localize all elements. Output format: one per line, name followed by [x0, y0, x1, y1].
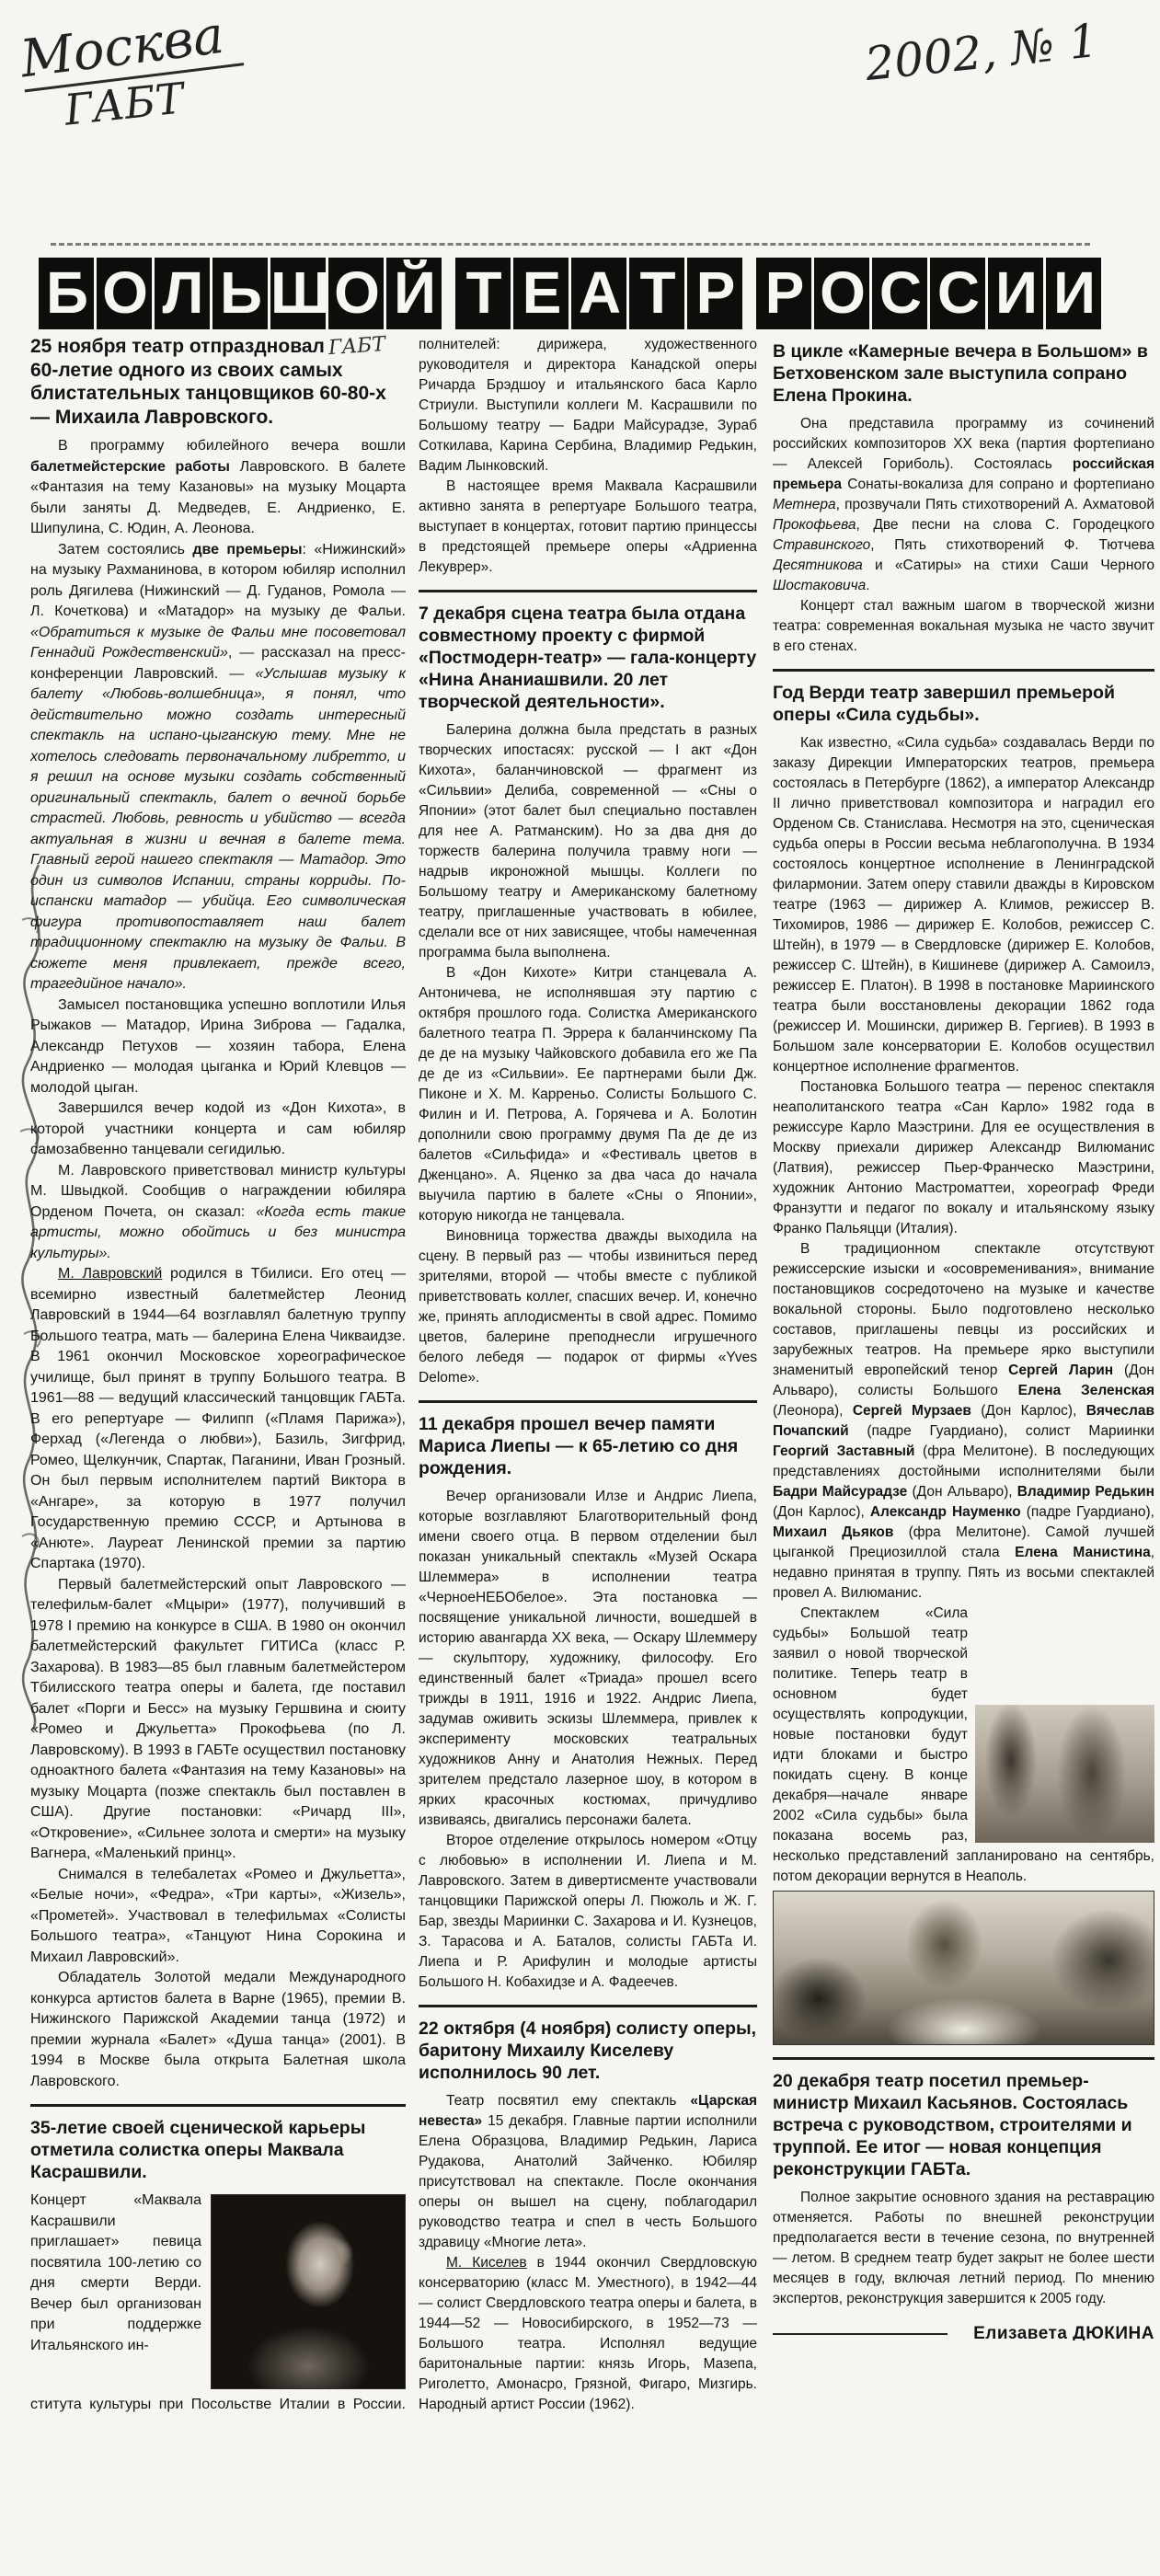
masthead-divider — [51, 243, 1090, 246]
paragraph: Концерт стал важным шагом в творческой ж… — [773, 596, 1154, 657]
masthead-letter: Б — [39, 258, 94, 329]
masthead-letter: Т — [629, 258, 684, 329]
paragraph: М. Киселев в 1944 окончил Свердловскую к… — [419, 2253, 757, 2414]
masthead-gap — [444, 258, 455, 329]
masthead-letter: И — [988, 258, 1043, 329]
paragraph: В традиционном спектакле отсутствуют реж… — [773, 1239, 1154, 1604]
masthead-letter: Р — [756, 258, 811, 329]
headline-kiselev-90: 22 октября (4 ноября) солисту оперы, бар… — [419, 2018, 757, 2084]
masthead-letter: А — [571, 258, 626, 329]
headline-ananiashvili-gala: 7 декабря сцена театра была отдана совме… — [419, 603, 757, 713]
masthead-letter: И — [1046, 258, 1101, 329]
paragraph: М. Лавровский родился в Тбилиси. Его оте… — [30, 1264, 406, 1575]
masthead-letter: Л — [155, 258, 210, 329]
headline-prokina-recital: В цикле «Камерные вечера в Большом» в Бе… — [773, 340, 1154, 407]
paragraph: ститута культуры при Посольстве Италии в… — [30, 2395, 406, 2414]
media-block: Спектаклем «Сила судьбы» Большой театр з… — [773, 1604, 1154, 1887]
handwritten-gabt-insert: ГАБТ — [327, 335, 386, 361]
masthead-letter: С — [872, 258, 927, 329]
masthead-letter: Ш — [270, 258, 326, 329]
byline-rule — [773, 2333, 948, 2336]
stage-set-photo-top — [975, 1705, 1154, 1843]
kasrashvili-portrait-photo — [211, 2194, 406, 2389]
section-divider — [419, 1400, 757, 1403]
headline-kasrashvili-anniversary: 35-летие своей сценической карьеры отмет… — [30, 2117, 406, 2183]
section-divider — [419, 590, 757, 592]
paragraph: В «Дон Кихоте» Китри станцевала А. Антон… — [419, 963, 757, 1226]
byline: Елизавета ДЮКИНА — [773, 2324, 1154, 2340]
paragraph: Замысел постановщика успешно воплотили И… — [30, 995, 406, 1099]
byline-author: Елизавета ДЮКИНА — [973, 2324, 1154, 2340]
paragraph: Завершился вечер кодой из «Дон Кихота», … — [30, 1098, 406, 1161]
paragraph: Как известно, «Сила судьба» создавалась … — [773, 733, 1154, 1077]
masthead-letter: Й — [386, 258, 442, 329]
masthead-letter: О — [97, 258, 152, 329]
masthead-letter: О — [814, 258, 869, 329]
column-left: 25 ноября театр отпраздновалГАБТ60-летие… — [30, 335, 406, 2414]
section-divider — [419, 2005, 757, 2007]
masthead-letter: Е — [513, 258, 569, 329]
paragraph: Затем состоялись две премьеры: «Нижински… — [30, 540, 406, 995]
headline-verdi-year: Год Верди театр завершил премьерой оперы… — [773, 682, 1154, 726]
paragraph: Полное закрытие основного здания на рест… — [773, 2188, 1154, 2309]
masthead-letter: Р — [687, 258, 742, 329]
paragraph: Второе отделение открылось номером «Отцу… — [419, 1831, 757, 1993]
column-right: В цикле «Камерные вечера в Большом» в Бе… — [773, 335, 1154, 2340]
stage-set-photo — [773, 1891, 1154, 2045]
paragraph: Первый балетмейстерский опыт Лавровского… — [30, 1575, 406, 1865]
paragraph: М. Лавровского приветствовал министр кул… — [30, 1161, 406, 1265]
masthead: БОЛЬШОЙ ТЕАТР РОССИИ БОЛЬШОЙТЕАТРРОССИИ — [39, 258, 1143, 329]
section-divider — [773, 2057, 1154, 2060]
masthead-letter: Ь — [212, 258, 268, 329]
headline-liepa-memorial: 11 декабря прошел вечер памяти Мариса Ли… — [419, 1413, 757, 1479]
paragraph: Она представила программу из сочинений р… — [773, 414, 1154, 596]
paragraph: Вечер организовали Илзе и Андрис Лиепа, … — [419, 1487, 757, 1831]
newspaper-page: Москва ГАБТ 2002, № 1 БОЛЬШОЙ ТЕАТР РОСС… — [0, 0, 1160, 2576]
media-block: Концерт «Маквала Касрашвили приглашает» … — [30, 2191, 406, 2395]
section-divider — [773, 669, 1154, 672]
headline-lavrovsky-jubilee: 25 ноября театр отпраздновалГАБТ60-летие… — [30, 335, 406, 429]
handwritten-issue-note: 2002, № 1 — [863, 14, 1101, 91]
paragraph: Балерина должна была предстать в разных … — [419, 720, 757, 963]
paragraph: Снимался в телебалетах «Ромео и Джульетт… — [30, 1865, 406, 1969]
masthead-gap — [745, 258, 756, 329]
masthead-letter: О — [328, 258, 384, 329]
masthead-letter: Т — [455, 258, 511, 329]
paragraph: Постановка Большого театра — перенос спе… — [773, 1077, 1154, 1239]
paragraph: Обладатель Золотой медали Международного… — [30, 1968, 406, 2092]
paragraph: В программу юбилейного вечера вошли бале… — [30, 436, 406, 540]
masthead-letter: С — [930, 258, 985, 329]
paragraph: В настоящее время Маквала Касрашвили акт… — [419, 477, 757, 578]
paragraph: полнителей: дирижера, художественного ру… — [419, 335, 757, 477]
paragraph: Театр посвятил ему спектакль «Царская не… — [419, 2091, 757, 2253]
column-center: полнителей: дирижера, художественного ру… — [419, 335, 757, 2414]
section-divider — [30, 2104, 406, 2107]
headline-kasyanov-visit: 20 декабря театр посетил премьер-министр… — [773, 2070, 1154, 2180]
paragraph: Виновница торжества дважды выходила на с… — [419, 1226, 757, 1388]
